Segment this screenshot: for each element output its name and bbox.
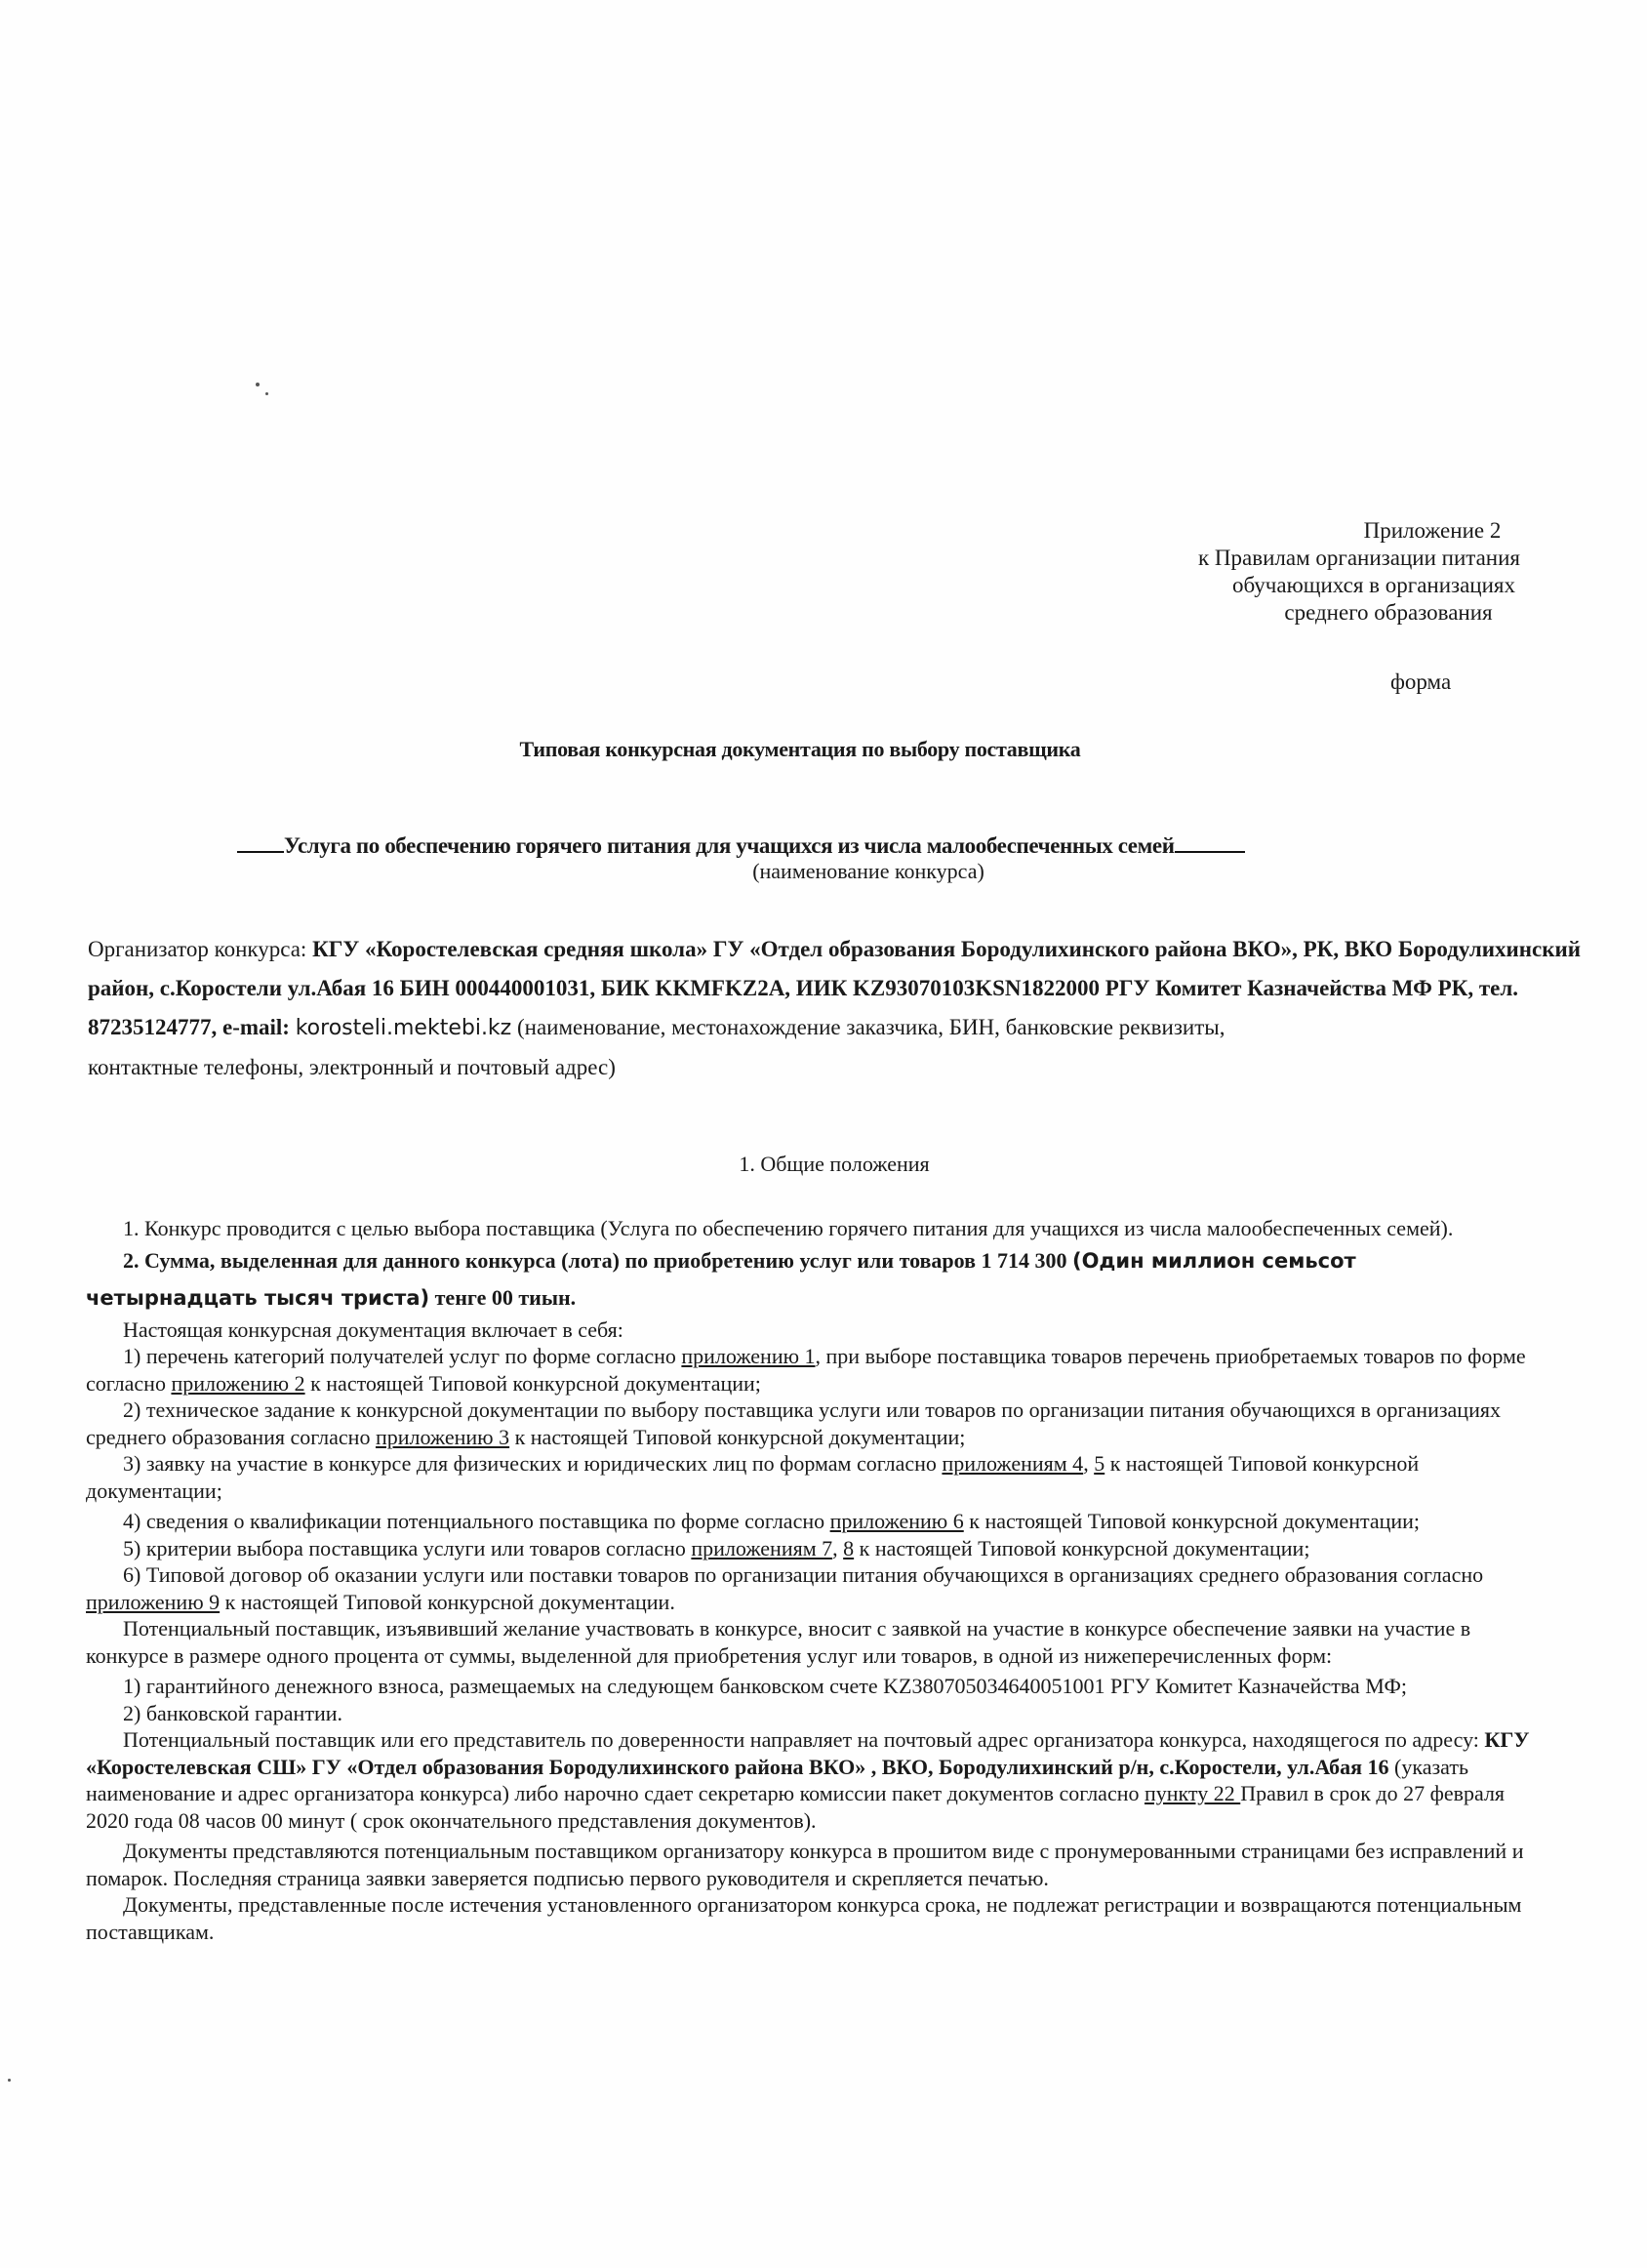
paragraph-1: 1. Конкурс проводится с целью выбора пос…: [86, 1215, 1530, 1242]
appendix-line-4: среднего образования: [1198, 599, 1520, 627]
blank-underline: [1175, 830, 1245, 853]
contest-name: Услуга по обеспечению горячего питания д…: [284, 833, 1175, 858]
item-text: 3) заявку на участие в конкурсе для физи…: [123, 1451, 942, 1476]
documents-paragraph-2: Документы, представленные после истечени…: [86, 1891, 1530, 1945]
appendix-link-9[interactable]: приложению 9: [86, 1590, 220, 1614]
item-text: к настоящей Типовой конкурсной документа…: [220, 1590, 675, 1614]
appendix-link-8[interactable]: 8: [843, 1536, 854, 1560]
documents-paragraph-1: Документы представляются потенциальным п…: [86, 1838, 1530, 1891]
blank-underline: [237, 830, 284, 853]
organizer-label: Организатор конкурса:: [88, 937, 312, 961]
item-text: 4) сведения о квалификации потенциальног…: [123, 1509, 830, 1533]
item-text: к настоящей Типовой конкурсной документа…: [305, 1371, 761, 1396]
item-text: 5) критерии выбора поставщика услуги или…: [123, 1536, 691, 1560]
appendix-link-5[interactable]: 5: [1094, 1451, 1105, 1476]
sum-text: 2. Сумма, выделенная для данного конкурс…: [123, 1248, 1072, 1273]
document-page: Приложение 2 к Правилам организации пита…: [0, 0, 1647, 2268]
contest-caption: (наименование конкурса): [0, 859, 1600, 884]
document-body: 1. Конкурс проводится с целью выбора пос…: [86, 1215, 1530, 1945]
appendix-line-3: обучающихся в организациях: [1198, 572, 1520, 599]
item-text: Потенциальный поставщик или его представ…: [123, 1727, 1484, 1752]
appendix-header: Приложение 2 к Правилам организации пита…: [1198, 517, 1520, 627]
scan-speck: [8, 2079, 11, 2082]
item-text: к настоящей Типовой конкурсной документа…: [509, 1425, 965, 1449]
item-text: ,: [832, 1536, 843, 1560]
item-text: 1) перечень категорий получателей услуг …: [123, 1344, 681, 1368]
submission-paragraph: Потенциальный поставщик или его представ…: [86, 1726, 1530, 1834]
item-text: к настоящей Типовой конкурсной документа…: [854, 1536, 1309, 1560]
appendix-link-7[interactable]: приложениям 7: [691, 1536, 832, 1560]
item-text: ,: [1083, 1451, 1094, 1476]
list-item-2: 2) техническое задание к конкурсной доку…: [86, 1397, 1530, 1450]
list-item-1: 1) перечень категорий получателей услуг …: [86, 1343, 1530, 1397]
organizer-caption-2: контактные телефоны, электронный и почто…: [88, 1055, 616, 1079]
item-text: 6) Типовой договор об оказании услуги ил…: [123, 1562, 1483, 1587]
list-item-4: 4) сведения о квалификации потенциальног…: [86, 1508, 1530, 1535]
appendix-line-1: Приложение 2: [1198, 517, 1520, 545]
appendix-line-2: к Правилам организации питания: [1198, 545, 1520, 572]
scan-speck: [265, 392, 268, 395]
appendix-link-4[interactable]: приложениям 4: [942, 1451, 1083, 1476]
form-label: форма: [1390, 669, 1451, 695]
list-item-3: 3) заявку на участие в конкурсе для физи…: [86, 1450, 1530, 1504]
organizer-caption: (наименование, местонахождение заказчика…: [511, 1015, 1225, 1039]
appendix-link-2[interactable]: приложению 2: [171, 1371, 304, 1396]
sum-tail: тенге 00 тиын.: [429, 1285, 576, 1310]
rules-point-link[interactable]: пункту 22: [1145, 1781, 1240, 1805]
organizer-email: korosteli.mektebi.kz: [296, 1016, 512, 1040]
appendix-link-1[interactable]: приложению 1: [681, 1344, 815, 1368]
includes-intro: Настоящая конкурсная документация включа…: [86, 1316, 1530, 1344]
contest-name-line: Услуга по обеспечению горячего питания д…: [237, 830, 1245, 859]
section-heading: 1. Общие положения: [0, 1152, 1600, 1177]
guarantee-option-2: 2) банковской гарантии.: [86, 1700, 1530, 1727]
list-item-6: 6) Типовой договор об оказании услуги ил…: [86, 1561, 1530, 1615]
organizer-block: Организатор конкурса: КГУ «Коростелевска…: [88, 930, 1581, 1087]
scan-speck: [256, 383, 260, 386]
document-title: Типовая конкурсная документация по выбор…: [0, 737, 1600, 762]
appendix-link-3[interactable]: приложению 3: [376, 1425, 509, 1449]
item-text: к настоящей Типовой конкурсной документа…: [964, 1509, 1420, 1533]
guarantee-paragraph: Потенциальный поставщик, изъявивший жела…: [86, 1615, 1530, 1669]
paragraph-2-sum: 2. Сумма, выделенная для данного конкурс…: [86, 1242, 1530, 1316]
list-item-5: 5) критерии выбора поставщика услуги или…: [86, 1535, 1530, 1562]
appendix-link-6[interactable]: приложению 6: [830, 1509, 964, 1533]
guarantee-option-1: 1) гарантийного денежного взноса, размещ…: [86, 1673, 1530, 1700]
